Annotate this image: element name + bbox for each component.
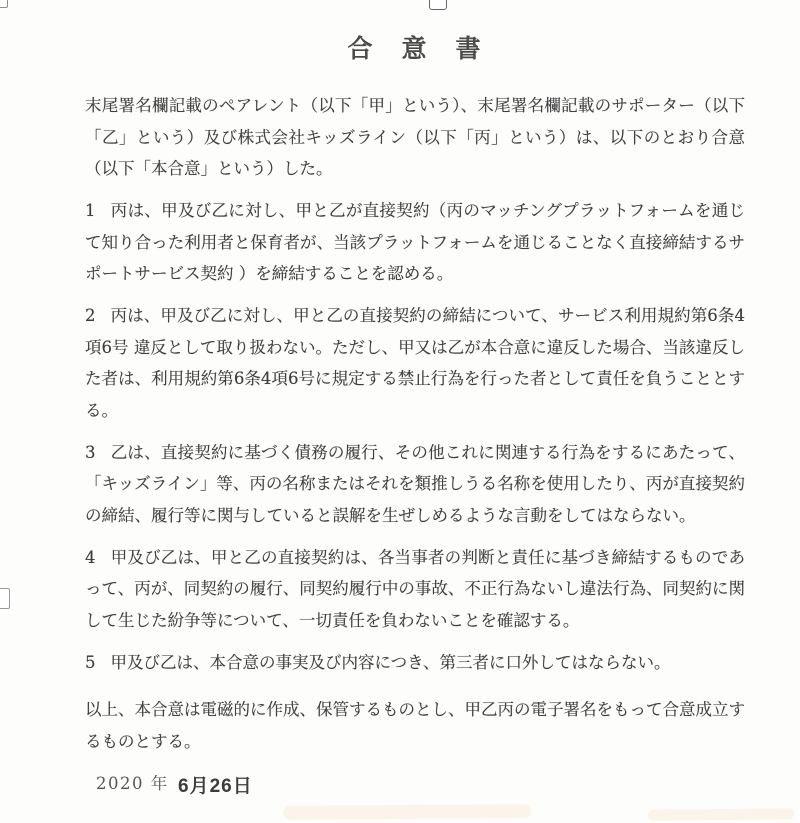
- date-year-label: 2020 年: [96, 774, 169, 793]
- clause-5: 5甲及び乙は、本合意の事実及び内容につき、第三者に口外してはならない。: [85, 647, 745, 679]
- highlight-strip-left: [283, 804, 531, 820]
- clause-number: 3: [85, 443, 96, 462]
- clause-4: 4甲及び乙は、甲と乙の直接契約は、各当事者の判断と責任に基づき締結するものであっ…: [85, 542, 745, 637]
- clause-number: 5: [85, 653, 96, 672]
- intro-paragraph: 末尾署名欄記載のペアレント（以下「甲」という）、末尾署名欄記載のサポーター（以下…: [85, 90, 745, 185]
- agreement-document-page: 合 意 書 末尾署名欄記載のペアレント（以下「甲」という）、末尾署名欄記載のサポ…: [0, 0, 800, 823]
- annotation-handle-left-middle: [0, 588, 10, 609]
- annotation-handle-top-center: [429, 0, 447, 10]
- closing-paragraph: 以上、本合意は電磁的に作成、保管するものとし、甲乙丙の電子署名をもって合意成立す…: [85, 694, 745, 757]
- clause-text: 甲及び乙は、本合意の事実及び内容につき、第三者に口外してはならない。: [111, 653, 671, 672]
- clause-3: 3乙は、直接契約に基づく債務の履行、その他これに関連する行為をするにあたって、「…: [85, 437, 745, 532]
- clause-number: 1: [85, 201, 96, 220]
- clause-text: 甲及び乙は、甲と乙の直接契約は、各当事者の判断と責任に基づき締結するものであって…: [85, 548, 745, 630]
- clause-text: 丙は、甲及び乙に対し、甲と乙の直接契約の締結について、サービス利用規約第6条4項…: [85, 306, 745, 420]
- clause-1: 1丙は、甲及び乙に対し、甲と乙が直接契約（丙のマッチングプラットフォームを通じて…: [85, 195, 745, 290]
- clause-2: 2丙は、甲及び乙に対し、甲と乙の直接契約の締結について、サービス利用規約第6条4…: [85, 300, 745, 426]
- typed-date-value: 6月26日: [178, 771, 253, 798]
- scanned-text-layer: 合 意 書 末尾署名欄記載のペアレント（以下「甲」という）、末尾署名欄記載のサポ…: [0, 0, 800, 823]
- highlight-strip-right: [648, 808, 794, 820]
- clause-number: 4: [85, 548, 96, 567]
- clause-text: 乙は、直接契約に基づく債務の履行、その他これに関連する行為をするにあたって、「キ…: [85, 443, 745, 525]
- annotation-handle-top-left: [0, 0, 8, 8]
- document-title: 合 意 書: [85, 32, 745, 66]
- clause-number: 2: [85, 306, 96, 325]
- clause-text: 丙は、甲及び乙に対し、甲と乙が直接契約（丙のマッチングプラットフォームを通じて知…: [85, 201, 745, 283]
